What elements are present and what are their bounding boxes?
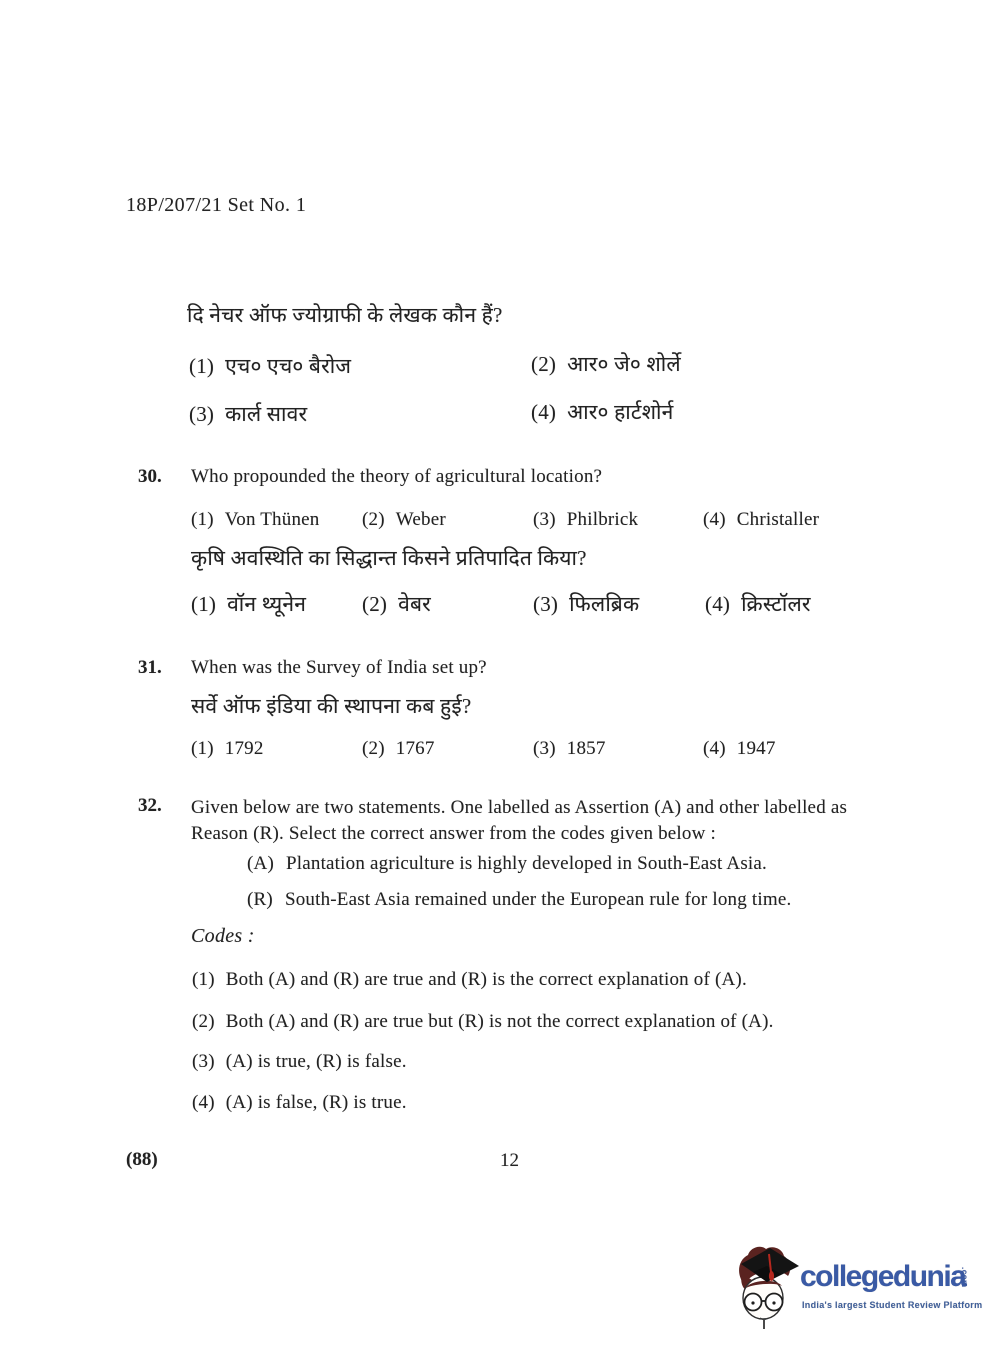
booklet-number: (88) [126, 1149, 158, 1171]
brand-tagline: India's largest Student Review Platform [802, 1300, 982, 1310]
option-marker: (4) [705, 592, 730, 617]
code-marker: (1) [192, 969, 215, 991]
option-label: Von Thünen [225, 509, 320, 530]
option: (2)वेबर [362, 590, 431, 618]
question-30-english: Who propounded the theory of agricultura… [191, 466, 602, 488]
option-label: 1857 [567, 738, 606, 759]
code-item: (2)Both (A) and (R) are true but (R) is … [192, 1011, 774, 1033]
option: (1)1792 [191, 738, 264, 760]
option: (3)फिलब्रिक [533, 590, 639, 618]
option-label: Christaller [737, 509, 819, 530]
option-label: फिलब्रिक [569, 592, 639, 616]
option-label: एच० एच० बैरोज [225, 354, 351, 378]
statement-marker: (A) [247, 853, 274, 875]
option: (4)क्रिस्टॉलर [705, 590, 811, 618]
option: (2)1767 [362, 738, 435, 760]
code-text: (A) is true, (R) is false. [226, 1051, 407, 1072]
option: (1)एच० एच० बैरोज [189, 352, 351, 380]
option: (1)वॉन थ्यूनेन [191, 590, 306, 618]
option: (2)Weber [362, 509, 446, 531]
statement: (R)South-East Asia remained under the Eu… [247, 889, 791, 911]
option-label: 1947 [737, 738, 776, 759]
option-marker: (3) [533, 592, 558, 617]
option-marker: (1) [191, 592, 216, 617]
page-number: 12 [500, 1150, 519, 1172]
option-label: वेबर [398, 592, 431, 616]
option: (2)आर० जे० शोर्ले [531, 350, 681, 378]
statement-text: South-East Asia remained under the Europ… [285, 889, 791, 910]
option-label: क्रिस्टॉलर [741, 592, 811, 616]
option-marker: (3) [533, 509, 556, 531]
option: (4)1947 [703, 738, 776, 760]
code-text: (A) is false, (R) is true. [226, 1092, 407, 1113]
option-marker: (2) [531, 352, 556, 377]
question-number: 31. [138, 657, 162, 679]
option-label: Weber [396, 509, 446, 530]
brand-name: collegedunia [800, 1262, 965, 1292]
code-text: Both (A) and (R) are true but (R) is not… [226, 1011, 774, 1032]
option-marker: (1) [191, 738, 214, 760]
question-32-english: Given below are two statements. One labe… [191, 795, 891, 847]
option-marker: (2) [362, 738, 385, 760]
code-item: (4)(A) is false, (R) is true. [192, 1092, 407, 1114]
option-marker: (2) [362, 509, 385, 531]
exam-paper-page: 18P/207/21 Set No. 1 दि नेचर ऑफ ज्योग्रा… [0, 0, 1001, 1356]
collegedunia-logo: collegedunia .com India's largest Studen… [736, 1240, 992, 1332]
option-marker: (1) [189, 354, 214, 379]
option-marker: (4) [703, 738, 726, 760]
option: (3)Philbrick [533, 509, 638, 531]
option-label: Philbrick [567, 509, 638, 530]
option: (3)1857 [533, 738, 606, 760]
code-marker: (4) [192, 1092, 215, 1114]
option-marker: (3) [189, 402, 214, 427]
option-marker: (1) [191, 509, 214, 531]
codes-heading: Codes : [191, 925, 255, 948]
code-marker: (3) [192, 1051, 215, 1073]
question-29-hindi: दि नेचर ऑफ ज्योग्राफी के लेखक कौन हैं? [187, 301, 503, 329]
option-marker: (4) [703, 509, 726, 531]
question-30-hindi: कृषि अवस्थिति का सिद्धान्त किसने प्रतिपा… [191, 544, 587, 572]
question-number: 30. [138, 466, 162, 488]
option-label: आर० जे० शोर्ले [567, 352, 681, 376]
option-label: 1792 [225, 738, 264, 759]
statement-marker: (R) [247, 889, 273, 911]
option: (4)Christaller [703, 509, 819, 531]
option: (3)कार्ल सावर [189, 400, 307, 428]
option-marker: (3) [533, 738, 556, 760]
brand-tld: .com [960, 1267, 969, 1288]
option: (1)Von Thünen [191, 509, 319, 531]
question-number: 32. [138, 795, 162, 817]
option-marker: (4) [531, 400, 556, 425]
option-label: वॉन थ्यूनेन [227, 592, 306, 616]
question-31-english: When was the Survey of India set up? [191, 657, 487, 679]
option-label: 1767 [396, 738, 435, 759]
option-label: आर० हार्टशोर्न [567, 400, 673, 424]
statement-text: Plantation agriculture is highly develop… [286, 853, 767, 874]
statement: (A)Plantation agriculture is highly deve… [247, 853, 767, 875]
option-label: कार्ल सावर [225, 402, 307, 426]
code-text: Both (A) and (R) are true and (R) is the… [226, 969, 747, 990]
code-item: (1)Both (A) and (R) are true and (R) is … [192, 969, 747, 991]
option: (4)आर० हार्टशोर्न [531, 398, 673, 426]
code-marker: (2) [192, 1011, 215, 1033]
option-marker: (2) [362, 592, 387, 617]
graduate-mascot-icon [736, 1240, 802, 1332]
paper-code: 18P/207/21 Set No. 1 [126, 194, 306, 217]
question-31-hindi: सर्वे ऑफ इंडिया की स्थापना कब हुई? [191, 692, 471, 720]
code-item: (3)(A) is true, (R) is false. [192, 1051, 407, 1073]
